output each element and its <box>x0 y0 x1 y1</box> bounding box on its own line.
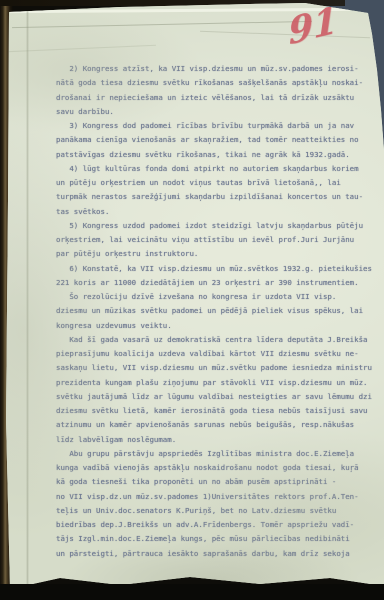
typed-line: kā goda tiesneši tika proponēti un no ab… <box>56 475 382 489</box>
typed-line: svētku jautājumā līdz ar lūgumu valdībai… <box>56 390 382 404</box>
typed-line: Kad šī gada vasarā uz demokratiskā centr… <box>56 333 382 347</box>
typed-line: Abu grupu pārstāvju apspriedēs Izglītība… <box>56 447 382 461</box>
typed-line: biedrības dep.J.Breikšs un adv.A.Frīdenb… <box>56 518 382 532</box>
typed-line: savu darbību. <box>56 105 382 119</box>
typed-line: pieprasījumu koalīcija uzdeva valdībai k… <box>56 347 382 361</box>
typed-line: teļis un Univ.doc.senators K.Puriņš, bet… <box>56 504 382 518</box>
typed-line: drošanai ir nepieciešama un izteic vēlēš… <box>56 91 382 105</box>
typed-line: tas svētkos. <box>56 205 382 219</box>
typed-line: orķestriem, lai veicinātu viņu attīstību… <box>56 233 382 247</box>
typed-line: turpmāk nerastos sarežģījumi skaņdarbu i… <box>56 190 382 204</box>
typed-line: saskaņu lietu, VII visp.dziesmu un mūz.s… <box>56 361 382 375</box>
sheet-edge <box>12 21 312 28</box>
typed-line: Šo rezolūciju dzīvē izvešana no kongresa… <box>56 290 382 304</box>
typed-line: tājs Izgl.min.doc.E.Ziemeļa kungs, pēc m… <box>56 532 382 546</box>
sheet-edge <box>200 31 370 39</box>
paper-fold-line <box>26 10 29 590</box>
typed-line: 4) lūgt kultūras fonda domi atpirkt no a… <box>56 162 382 176</box>
sheet-edge <box>6 45 156 53</box>
typed-line: atzinumu un kamēr apvienošanās sarunas n… <box>56 418 382 432</box>
typed-line: kunga vadībā vienojās apstākļu noskaidro… <box>56 461 382 475</box>
typed-line: no VII visp.dz.un mūz.sv.padomes 1)Unive… <box>56 490 382 504</box>
typed-line: 6) Konstatē, ka VII visp.dziesmu un mūz.… <box>56 262 382 276</box>
typed-line: un pūtēju orķestriem un nodot viņus taut… <box>56 176 382 190</box>
typed-line: patstāvīgas dziesmu svētku rīkošanas, ti… <box>56 148 382 162</box>
typed-line: dziesmu svētku lietā, kamēr ierosinātā g… <box>56 404 382 418</box>
typed-line: 3) Kongress dod padomei rīcības brīvību … <box>56 119 382 133</box>
typed-line: 2) Kongress atzīst, ka VII visp.dziesmu … <box>56 62 382 76</box>
typed-line: dziesmu un mūzikas svētku padomei un pēd… <box>56 304 382 318</box>
typed-line: par pūtēju orķestru instruktoru. <box>56 247 382 261</box>
typed-line: 5) Kongress uzdod padomei izdot steidzīg… <box>56 219 382 233</box>
sheet-edge-highlight <box>10 8 350 13</box>
typed-line: 221 koris ar 11000 dziedātājiem un 23 or… <box>56 276 382 290</box>
typed-line: kongresa uzdevumus veiktu. <box>56 319 382 333</box>
typed-line: panākama cienīga vienošanās ar skaņražie… <box>56 133 382 147</box>
typed-line: līdz labvēlīgam noslēgumam. <box>56 433 382 447</box>
typed-line: prezidenta kungam plašu ziņojumu par stā… <box>56 376 382 390</box>
typed-line: nātā goda tiesa dziesmu svētku rīkošanas… <box>56 76 382 90</box>
typewritten-text: 2) Kongress atzīst, ka VII visp.dziesmu … <box>56 62 382 561</box>
typed-line: un pārsteigti, pārtrauca iesākto sapraša… <box>56 547 382 561</box>
document-page: 91 2) Kongress atzīst, ka VII visp.dzies… <box>0 0 384 600</box>
handwritten-page-number: 91 <box>288 2 338 51</box>
backdrop-bottom <box>0 584 384 600</box>
